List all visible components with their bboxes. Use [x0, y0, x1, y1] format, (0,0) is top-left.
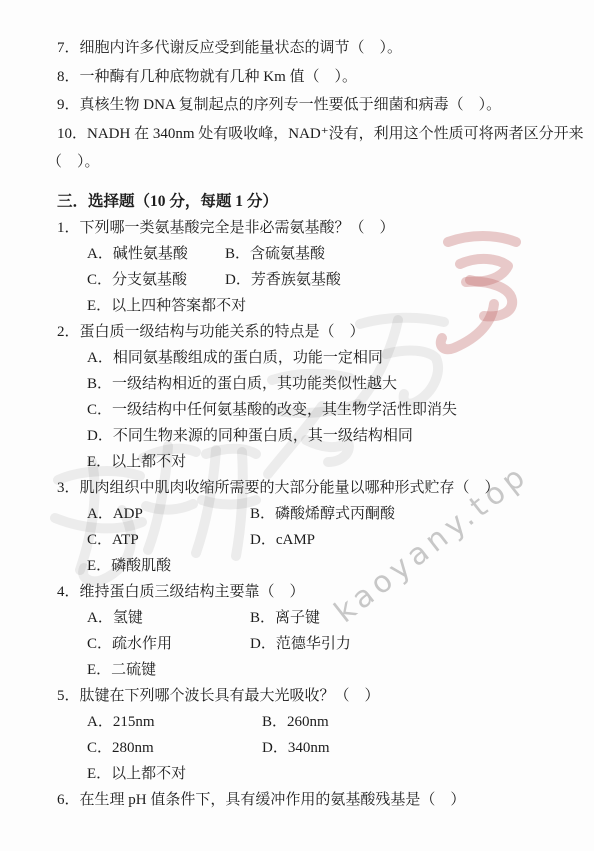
choice-questions: 1．下列哪一类氨基酸完全是非必需氨基酸？（ ） A．碱性氨基酸B．含硫氨基酸 C…: [57, 215, 576, 813]
option: D．范德华引力: [250, 636, 351, 652]
question-stem: 5．肽键在下列哪个波长具有最大光吸收？（ ）: [57, 683, 576, 709]
option-row: E．二硫键: [57, 657, 576, 683]
question-stem: 3．肌肉组织中肌肉收缩所需要的大部分能量以哪种形式贮存（ ）: [57, 475, 576, 501]
question-line: 9．真核生物 DNA 复制起点的序列专一性要低于细菌和病毒（ ）。: [57, 91, 576, 120]
option: C．一级结构中任何氨基酸的改变，其生物学活性即消失: [87, 402, 457, 418]
option: C．ATP: [87, 527, 250, 553]
option-row: C．ATPD．cAMP: [57, 527, 576, 553]
option: B．磷酸烯醇式丙酮酸: [250, 506, 395, 522]
option-row: C．疏水作用D．范德华引力: [57, 631, 576, 657]
option: A．相同氨基酸组成的蛋白质，功能一定相同: [87, 350, 383, 366]
document-body: 7．细胞内许多代谢反应受到能量状态的调节（ ）。 8．一种酶有几种底物就有几种 …: [0, 0, 594, 813]
option-row: A．ADPB．磷酸烯醇式丙酮酸: [57, 501, 576, 527]
option: D．cAMP: [250, 532, 315, 548]
option-row: E．以上都不对: [57, 761, 576, 787]
option: D．340nm: [262, 740, 330, 756]
option: D．芳香族氨基酸: [225, 272, 341, 288]
option: A．氢键: [87, 605, 250, 631]
question-stem: 1．下列哪一类氨基酸完全是非必需氨基酸？（ ）: [57, 215, 576, 241]
option-row: C．一级结构中任何氨基酸的改变，其生物学活性即消失: [57, 397, 576, 423]
option: D．不同生物来源的同种蛋白质，其一级结构相同: [87, 428, 413, 444]
option: E．以上都不对: [87, 454, 186, 470]
option-row: C．280nmD．340nm: [57, 735, 576, 761]
question-line: 10．NADH 在 340nm 处有吸收峰，NAD⁺没有，利用这个性质可将两者区…: [57, 120, 576, 149]
question-stem: 2．蛋白质一级结构与功能关系的特点是（ ）: [57, 319, 576, 345]
option: C．疏水作用: [87, 631, 250, 657]
option-row: A．碱性氨基酸B．含硫氨基酸: [57, 241, 576, 267]
option-row: E．以上都不对: [57, 449, 576, 475]
option-row: C．分支氨基酸D．芳香族氨基酸: [57, 267, 576, 293]
option: E．磷酸肌酸: [87, 558, 171, 574]
true-false-items: 7．细胞内许多代谢反应受到能量状态的调节（ ）。 8．一种酶有几种底物就有几种 …: [57, 34, 576, 177]
option-row: E．磷酸肌酸: [57, 553, 576, 579]
option: B．260nm: [262, 714, 329, 730]
option: A．碱性氨基酸: [87, 241, 225, 267]
question-stem: 6．在生理 pH 值条件下，具有缓冲作用的氨基酸残基是（ ）: [57, 787, 576, 813]
question-stem: 4．维持蛋白质三级结构主要靠（ ）: [57, 579, 576, 605]
option-row: B．一级结构相近的蛋白质，其功能类似性越大: [57, 371, 576, 397]
question-line: 8．一种酶有几种底物就有几种 Km 值（ ）。: [57, 63, 576, 92]
exam-page: 考研云分享: [0, 0, 594, 851]
option-row: D．不同生物来源的同种蛋白质，其一级结构相同: [57, 423, 576, 449]
option: A．215nm: [87, 709, 262, 735]
option: A．ADP: [87, 501, 250, 527]
option: E．二硫键: [87, 662, 156, 678]
option: B．一级结构相近的蛋白质，其功能类似性越大: [87, 376, 397, 392]
question-line-continuation: （ ）。: [47, 148, 576, 177]
option-row: A．相同氨基酸组成的蛋白质，功能一定相同: [57, 345, 576, 371]
option-row: E．以上四种答案都不对: [57, 293, 576, 319]
option: C．280nm: [87, 735, 262, 761]
option-row: A．氢键B．离子键: [57, 605, 576, 631]
option: B．离子键: [250, 610, 320, 626]
option: E．以上四种答案都不对: [87, 298, 246, 314]
option: C．分支氨基酸: [87, 267, 225, 293]
option: E．以上都不对: [87, 766, 186, 782]
section-heading: 三．选择题（10 分，每题 1 分）: [57, 189, 576, 215]
option: B．含硫氨基酸: [225, 246, 325, 262]
question-line: 7．细胞内许多代谢反应受到能量状态的调节（ ）。: [57, 34, 576, 63]
option-row: A．215nmB．260nm: [57, 709, 576, 735]
